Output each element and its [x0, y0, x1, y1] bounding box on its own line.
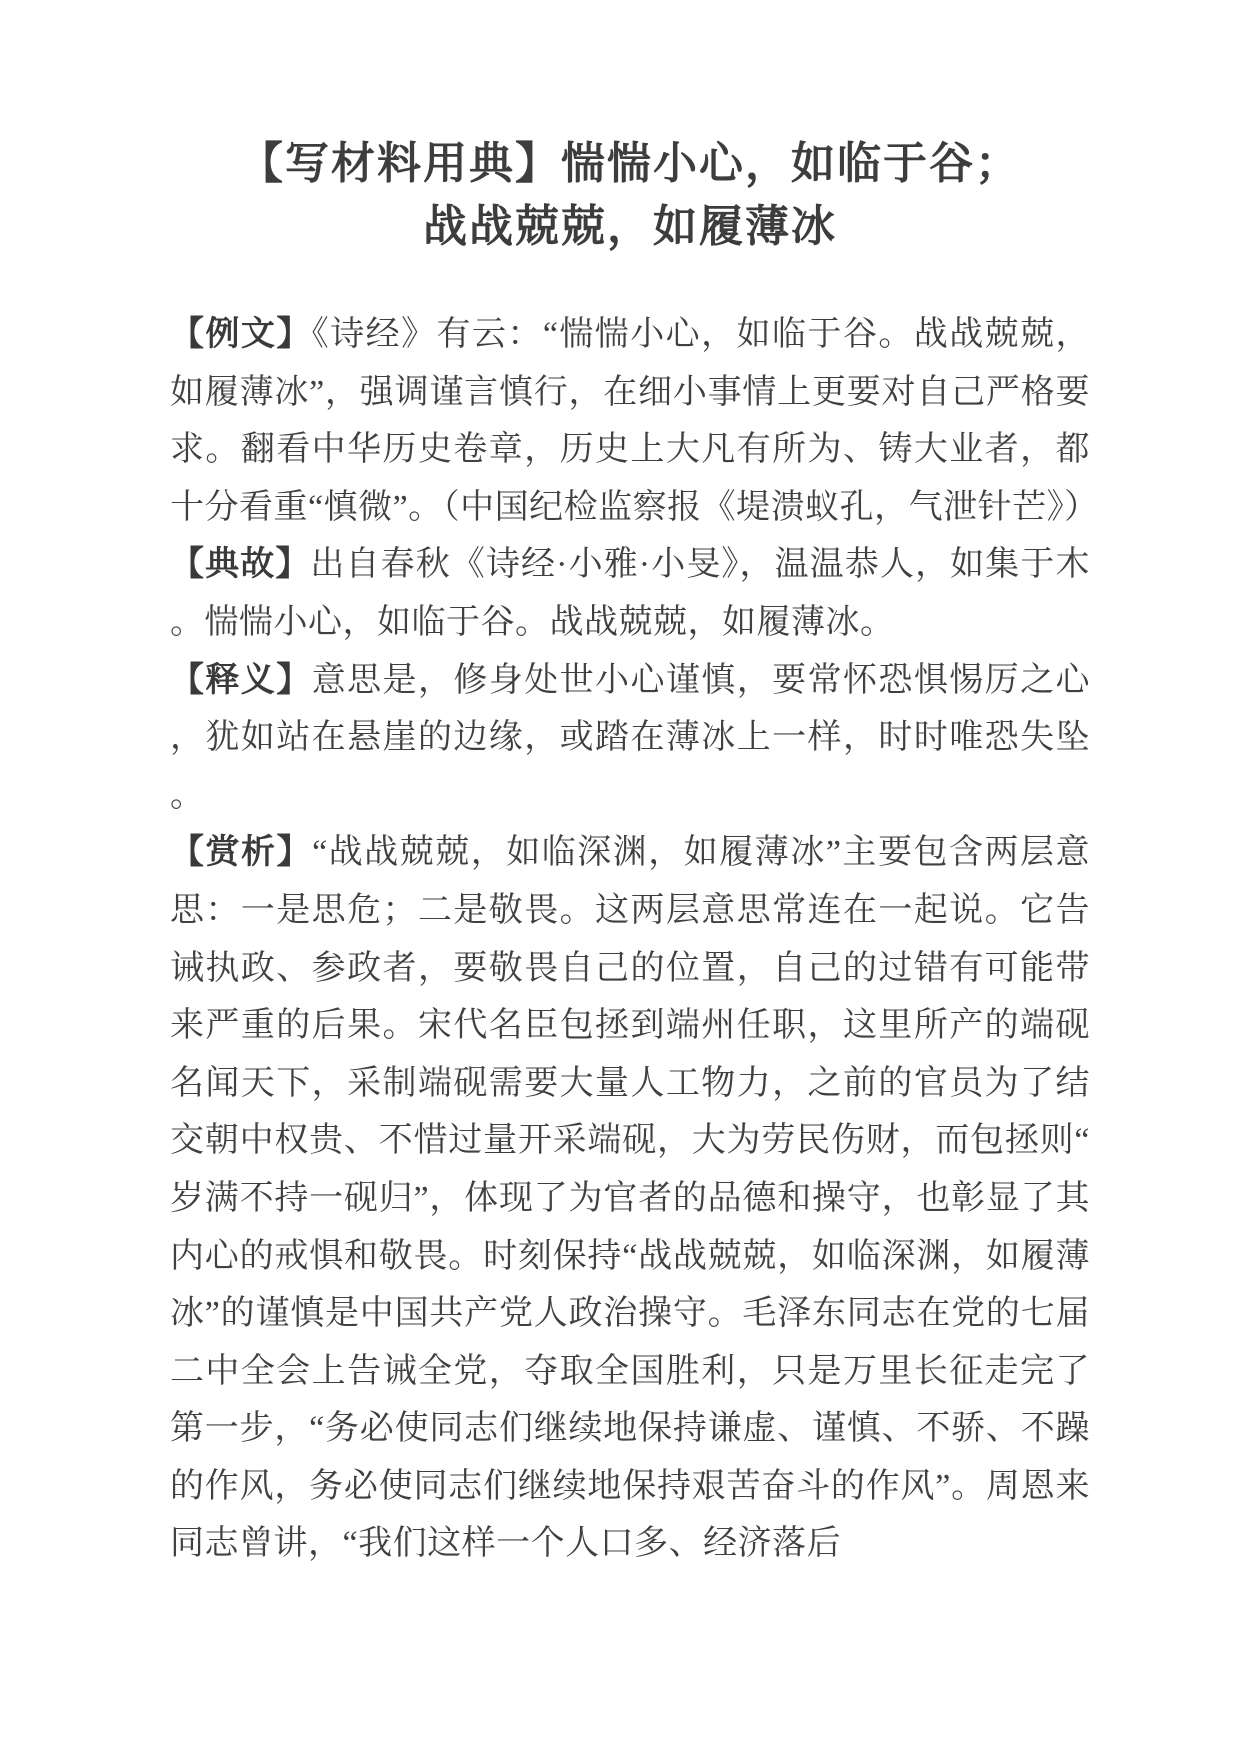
paragraph-example: 【例文】《诗经》有云：“惴惴小心，如临于谷。战战兢兢，如履薄冰”，强调谨言慎行，…	[170, 306, 1090, 536]
paragraph-appreciation: 【赏析】“战战兢兢，如临深渊，如履薄冰”主要包含两层意思：一是思危；二是敬畏。这…	[170, 824, 1090, 1573]
page-title: 【写材料用典】惴惴小心，如临于谷； 战战兢兢，如履薄冰	[170, 132, 1090, 258]
paragraph-allusion: 【典故】出自春秋《诗经·小雅·小旻》，温温恭人，如集于木。惴惴小心，如临于谷。战…	[170, 536, 1090, 651]
paragraph-definition-label: 【释义】	[170, 662, 312, 699]
paragraph-example-label: 【例文】	[170, 316, 312, 353]
paragraph-appreciation-label: 【赏析】	[170, 834, 312, 871]
document-content: 【写材料用典】惴惴小心，如临于谷； 战战兢兢，如履薄冰 【例文】《诗经》有云：“…	[170, 132, 1090, 1573]
title-line-2: 战战兢兢，如履薄冰	[170, 195, 1090, 258]
paragraph-definition: 【释义】意思是，修身处世小心谨慎，要常怀恐惧惕厉之心，犹如站在悬崖的边缘，或踏在…	[170, 652, 1090, 825]
paragraph-appreciation-text: “战战兢兢，如临深渊，如履薄冰”主要包含两层意思：一是思危；二是敬畏。这两层意思…	[170, 834, 1090, 1562]
document-body: 【例文】《诗经》有云：“惴惴小心，如临于谷。战战兢兢，如履薄冰”，强调谨言慎行，…	[170, 306, 1090, 1573]
document-page: 【写材料用典】惴惴小心，如临于谷； 战战兢兢，如履薄冰 【例文】《诗经》有云：“…	[0, 0, 1240, 1753]
title-line-1: 【写材料用典】惴惴小心，如临于谷；	[170, 132, 1090, 195]
paragraph-allusion-label: 【典故】	[170, 546, 310, 583]
